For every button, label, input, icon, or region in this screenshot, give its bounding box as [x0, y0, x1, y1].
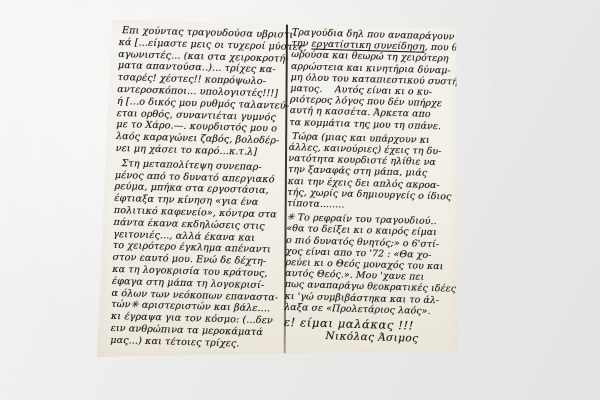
- right-column: Τραγούδια δηλ που αναπαράγουντην εργατίσ…: [283, 27, 457, 347]
- signature: Νικόλας Άσιμος: [325, 330, 448, 346]
- paper-sheet: Επι χούντας τραγουδούσα υβριστι-κά [...ε…: [95, 16, 463, 362]
- left-column: Επι χούντας τραγουδούσα υβριστι-κά [...ε…: [110, 25, 287, 351]
- photo-background: Επι χούντας τραγουδούσα υβριστι-κά [...ε…: [0, 0, 600, 400]
